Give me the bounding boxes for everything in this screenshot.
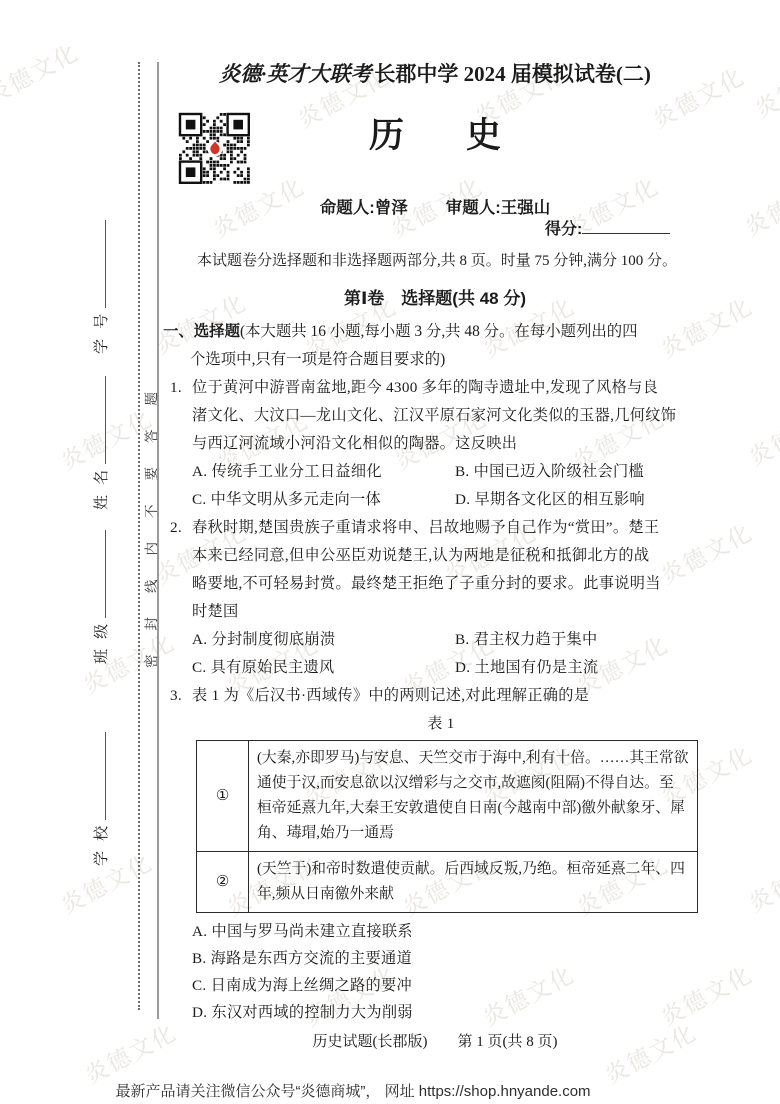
question-2-option-d: D. 土地国有仍是主流 <box>455 654 715 682</box>
sidebar-field-class: 班 级 <box>90 530 111 664</box>
sidebar-field-name: 姓 名 <box>90 376 111 510</box>
table-row-2-text: (天竺于)和帝时数遣使贡献。后西域反叛,乃绝。桓帝延熹二年、四 年,频从日南徼外… <box>249 852 698 913</box>
table-1: ① (大秦,亦即罗马)与安息、天竺交市于海中,利有十倍。……其王常欲 通使于汉,… <box>196 740 698 913</box>
promo-footer: 最新产品请关注微信公众号“炎德商城”， 网址 https://shop.hnya… <box>0 1080 706 1101</box>
section-heading: 一、选择题(本大题共 16 小题,每小题 3 分,共 48 分。在每小题列出的四… <box>163 318 708 374</box>
reviewer-label: 审题人:王强山 <box>446 199 551 217</box>
question-1-number: 1. <box>170 374 192 402</box>
table-row: ① (大秦,亦即罗马)与安息、天竺交市于海中,利有十倍。……其王常欲 通使于汉,… <box>197 741 698 852</box>
score-field: 得分: <box>545 216 670 239</box>
table-row-1-number: ① <box>197 741 249 852</box>
subject-char-2: 史 <box>466 116 501 155</box>
exam-page: 炎德文化炎德文化炎德文化炎德文化炎德文化炎德文化炎德文化炎德文化炎德文化炎德文化… <box>0 0 780 1104</box>
sidebar-field-student-id: 学 号 <box>90 220 111 354</box>
student-id-label: 学 号 <box>93 311 110 354</box>
sidebar-field-school: 学 校 <box>90 732 111 866</box>
subject-char-1: 历 <box>369 116 404 155</box>
name-label: 姓 名 <box>93 467 110 510</box>
question-1-option-b: B. 中国已迈入阶级社会门槛 <box>455 458 715 486</box>
class-label: 班 级 <box>93 621 110 664</box>
question-3-option-c: C. 日南成为海上丝绸之路的要冲 <box>170 972 715 999</box>
section-heading-line2: 个选项中,只有一项是符合题目要求的) <box>163 346 708 374</box>
school-blank <box>101 732 106 820</box>
class-blank <box>101 530 106 618</box>
school-label: 学 校 <box>93 823 110 866</box>
watermark-text: 炎德文化 <box>738 166 780 242</box>
name-blank <box>101 376 106 464</box>
table-row-2-number: ② <box>197 852 249 913</box>
exam-instructions: 本试题卷分选择题和非选择题两部分,共 8 页。时量 75 分钟,满分 100 分… <box>197 249 677 270</box>
watermark-text: 炎德文化 <box>748 48 780 124</box>
question-2-option-c: C. 具有原始民主遗风 <box>192 654 455 682</box>
watermark-text: 炎德文化 <box>0 34 84 110</box>
question-2-option-a: A. 分封制度彻底崩溃 <box>192 626 455 654</box>
question-2-option-b: B. 君主权力趋于集中 <box>455 626 715 654</box>
exam-title: 炎德·英才大联考长郡中学 2024 届模拟试卷(二) <box>165 58 705 88</box>
setter-info: 命题人:曾泽审题人:王强山 <box>165 194 705 218</box>
score-blank <box>582 229 670 234</box>
watermark-text: 炎德文化 <box>742 842 780 918</box>
question-1-option-d: D. 早期各文化区的相互影响 <box>455 486 715 514</box>
question-2: 2.春秋时期,楚国贵族子重请求将申、吕故地赐予自己作为“赏田”。楚王 本来已经同… <box>170 514 715 682</box>
exam-brand: 炎德·英才大联考 <box>219 62 371 86</box>
question-3-option-d: D. 东汉对西域的控制力大为削弱 <box>170 999 715 1026</box>
table-1-caption: 表 1 <box>196 711 686 737</box>
seal-line-text: 密封线内不要答题 <box>140 368 160 668</box>
score-label: 得分: <box>545 221 582 238</box>
question-1: 1.位于黄河中游晋南盆地,距今 4300 多年的陶寺遗址中,发现了风格与良 渚文… <box>170 374 715 514</box>
part-heading: 第Ⅰ卷 选择题(共 48 分) <box>165 284 705 309</box>
question-3-option-b: B. 海路是东西方交流的主要通道 <box>170 945 715 972</box>
question-1-option-a: A. 传统手工业分工日益细化 <box>192 458 455 486</box>
student-id-blank <box>101 220 106 308</box>
exam-title-rest: 长郡中学 2024 届模拟试卷(二) <box>374 62 651 86</box>
subject-title: 历史 <box>165 108 705 158</box>
watermark-text: 炎德文化 <box>742 396 780 472</box>
table-row-1-text: (大秦,亦即罗马)与安息、天竺交市于海中,利有十倍。……其王常欲 通使于汉,而安… <box>249 741 698 852</box>
question-3-option-a: A. 中国与罗马尚未建立直接联系 <box>170 918 715 945</box>
question-3-number: 3. <box>170 682 192 710</box>
section-heading-line1: 一、选择题(本大题共 16 小题,每小题 3 分,共 48 分。在每小题列出的四 <box>163 318 708 346</box>
setter-label: 命题人:曾泽 <box>320 199 408 217</box>
table-row: ② (天竺于)和帝时数遣使贡献。后西域反叛,乃绝。桓帝延熹二年、四 年,频从日南… <box>197 852 698 913</box>
question-1-option-c: C. 中华文明从多元走向一体 <box>192 486 455 514</box>
question-2-number: 2. <box>170 514 192 542</box>
page-footer: 历史试题(长郡版) 第 1 页(共 8 页) <box>165 1030 705 1051</box>
question-3: 3.表 1 为《后汉书·西域传》中的两则记述,对此理解正确的是 表 1 ① (大… <box>170 682 715 1026</box>
section-lead: 一、选择题 <box>163 323 240 340</box>
